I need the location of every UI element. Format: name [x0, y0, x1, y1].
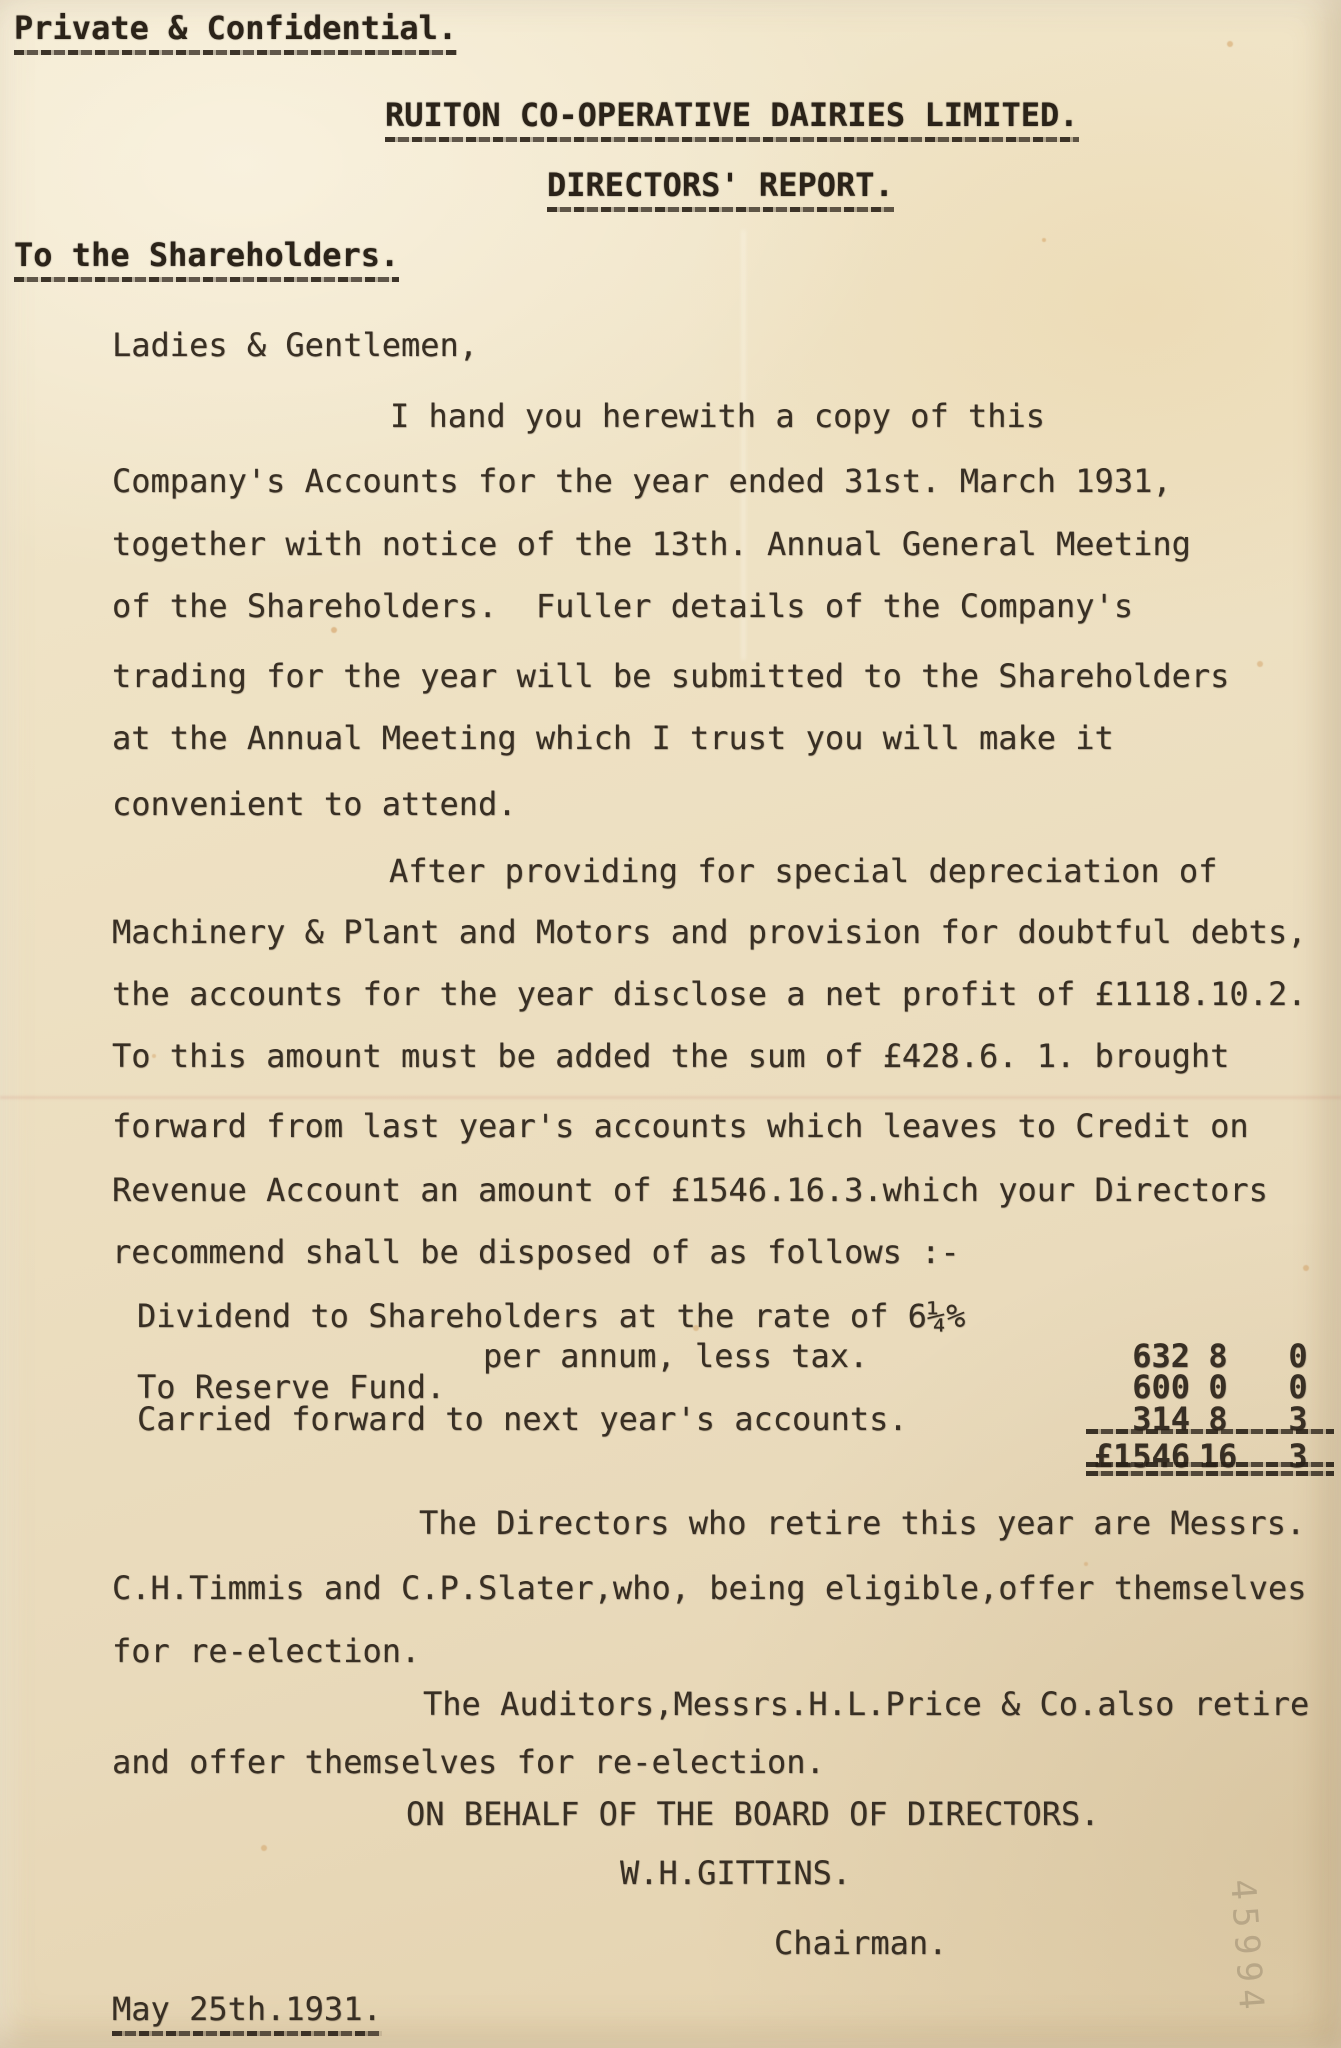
- total-pence: 3: [1278, 1438, 1318, 1474]
- report-title: DIRECTORS' REPORT.: [547, 167, 894, 212]
- total-rule-bottom-2: [1086, 1471, 1334, 1476]
- allocation-row-dividend-label: Dividend to Shareholders at the rate of …: [137, 1298, 965, 1334]
- allocation-row-dividend-label2: per annum, less tax.: [483, 1338, 868, 1374]
- para3-line: The Directors who retire this year are M…: [419, 1505, 1305, 1541]
- para2-line: Machinery & Plant and Motors and provisi…: [112, 914, 1306, 950]
- confidential-label: Private & Confidential.: [14, 10, 457, 55]
- para2-line: forward from last year's accounts which …: [112, 1108, 1249, 1144]
- signature-role: Chairman.: [774, 1925, 947, 1961]
- para1-line: I hand you herewith a copy of this: [390, 398, 1045, 434]
- report-date: May 25th.1931.: [112, 1991, 382, 2036]
- para1-line: together with notice of the 13th. Annual…: [112, 526, 1191, 562]
- para3-line: for re-election.: [112, 1633, 420, 1669]
- para2-line: Revenue Account an amount of £1546.16.3.…: [112, 1172, 1268, 1208]
- horizontal-crease: [0, 1096, 1341, 1099]
- para2-line: After providing for special depreciation…: [389, 853, 1217, 889]
- pencil-inscription: 45994: [1222, 1878, 1271, 2018]
- company-title: RUITON CO-OPERATIVE DAIRIES LIMITED.: [385, 97, 1079, 142]
- allocation-row-carried-label: Carried forward to next year's accounts.: [137, 1401, 908, 1437]
- total-pounds: £1546: [1090, 1438, 1190, 1474]
- para2-line: To this amount must be added the sum of …: [112, 1038, 1229, 1074]
- para2-line: the accounts for the year disclose a net…: [112, 976, 1306, 1012]
- para1-line: trading for the year will be submitted t…: [112, 658, 1229, 694]
- total-shillings: 16: [1196, 1438, 1240, 1474]
- total-rule-top: [1086, 1429, 1334, 1434]
- greeting-line: Ladies & Gentlemen,: [112, 327, 478, 363]
- addressee-heading: To the Shareholders.: [14, 237, 399, 282]
- para4-line: The Auditors,Messrs.H.L.Price & Co.also …: [423, 1686, 1309, 1722]
- total-rule-bottom-1: [1086, 1462, 1334, 1467]
- signature-name: W.H.GITTINS.: [620, 1855, 851, 1891]
- document-page: Private & Confidential. RUITON CO-OPERAT…: [0, 0, 1341, 2048]
- para1-line: Company's Accounts for the year ended 31…: [112, 463, 1172, 499]
- on-behalf-line: ON BEHALF OF THE BOARD OF DIRECTORS.: [406, 1796, 1100, 1832]
- para4-line: and offer themselves for re-election.: [112, 1744, 825, 1780]
- para1-line: at the Annual Meeting which I trust you …: [112, 720, 1114, 756]
- para2-line: recommend shall be disposed of as follow…: [112, 1234, 960, 1270]
- para1-line: of the Shareholders. Fuller details of t…: [112, 588, 1133, 624]
- para1-line: convenient to attend.: [112, 786, 517, 822]
- paper-stains: [0, 0, 4, 4]
- para3-line: C.H.Timmis and C.P.Slater,who, being eli…: [112, 1570, 1306, 1606]
